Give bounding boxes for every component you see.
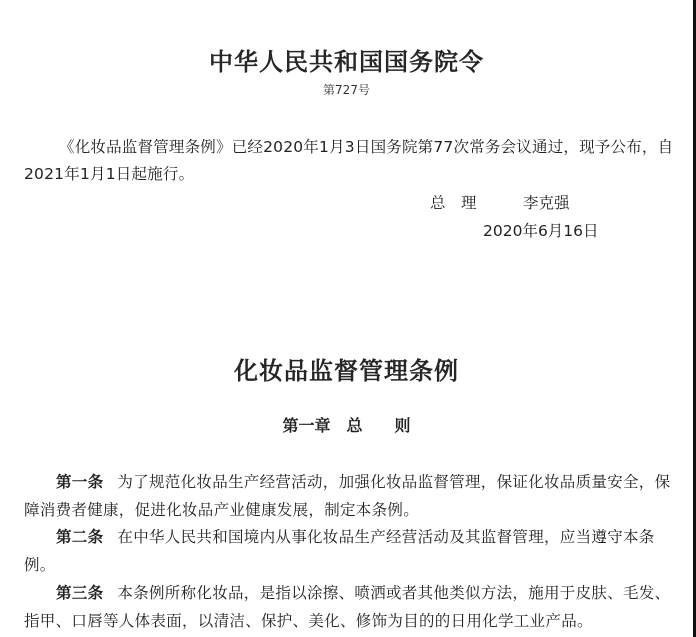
article-label: 第二条 [56, 528, 103, 546]
article-1: 第一条为了规范化妆品生产经营活动，加强化妆品监督管理，保证化妆品质量安全，保障消… [24, 469, 676, 524]
article-3: 第三条本条例所称化妆品，是指以涂擦、喷洒或者其他类似方法，施用于皮肤、毛发、指甲… [24, 580, 676, 635]
regulation-title: 化妆品监督管理条例 [0, 355, 693, 387]
article-text: 在中华人民共和国境内从事化妆品生产经营活动及其监督管理，应当遵守本条例。 [24, 528, 655, 574]
decree-title: 中华人民共和国国务院令 [0, 46, 693, 78]
article-label: 第三条 [56, 584, 103, 602]
decree-intro-paragraph: 《化妆品监督管理条例》已经2020年1月3日国务院第77次常务会议通过，现予公布… [24, 134, 676, 188]
chapter-title: 第一章 总 则 [0, 414, 693, 438]
document-page: 中华人民共和国国务院令 第727号 《化妆品监督管理条例》已经2020年1月3日… [0, 0, 693, 637]
article-2: 第二条在中华人民共和国境内从事化妆品生产经营活动及其监督管理，应当遵守本条例。 [24, 524, 676, 579]
signatory-line: 总 理 李克强 [430, 190, 570, 216]
decree-number: 第727号 [0, 81, 693, 99]
article-label: 第一条 [56, 473, 103, 491]
signature-date: 2020年6月16日 [483, 218, 599, 244]
article-text: 本条例所称化妆品，是指以涂擦、喷洒或者其他类似方法，施用于皮肤、毛发、指甲、口唇… [24, 584, 670, 630]
article-text: 为了规范化妆品生产经营活动，加强化妆品监督管理，保证化妆品质量安全，保障消费者健… [24, 473, 670, 519]
